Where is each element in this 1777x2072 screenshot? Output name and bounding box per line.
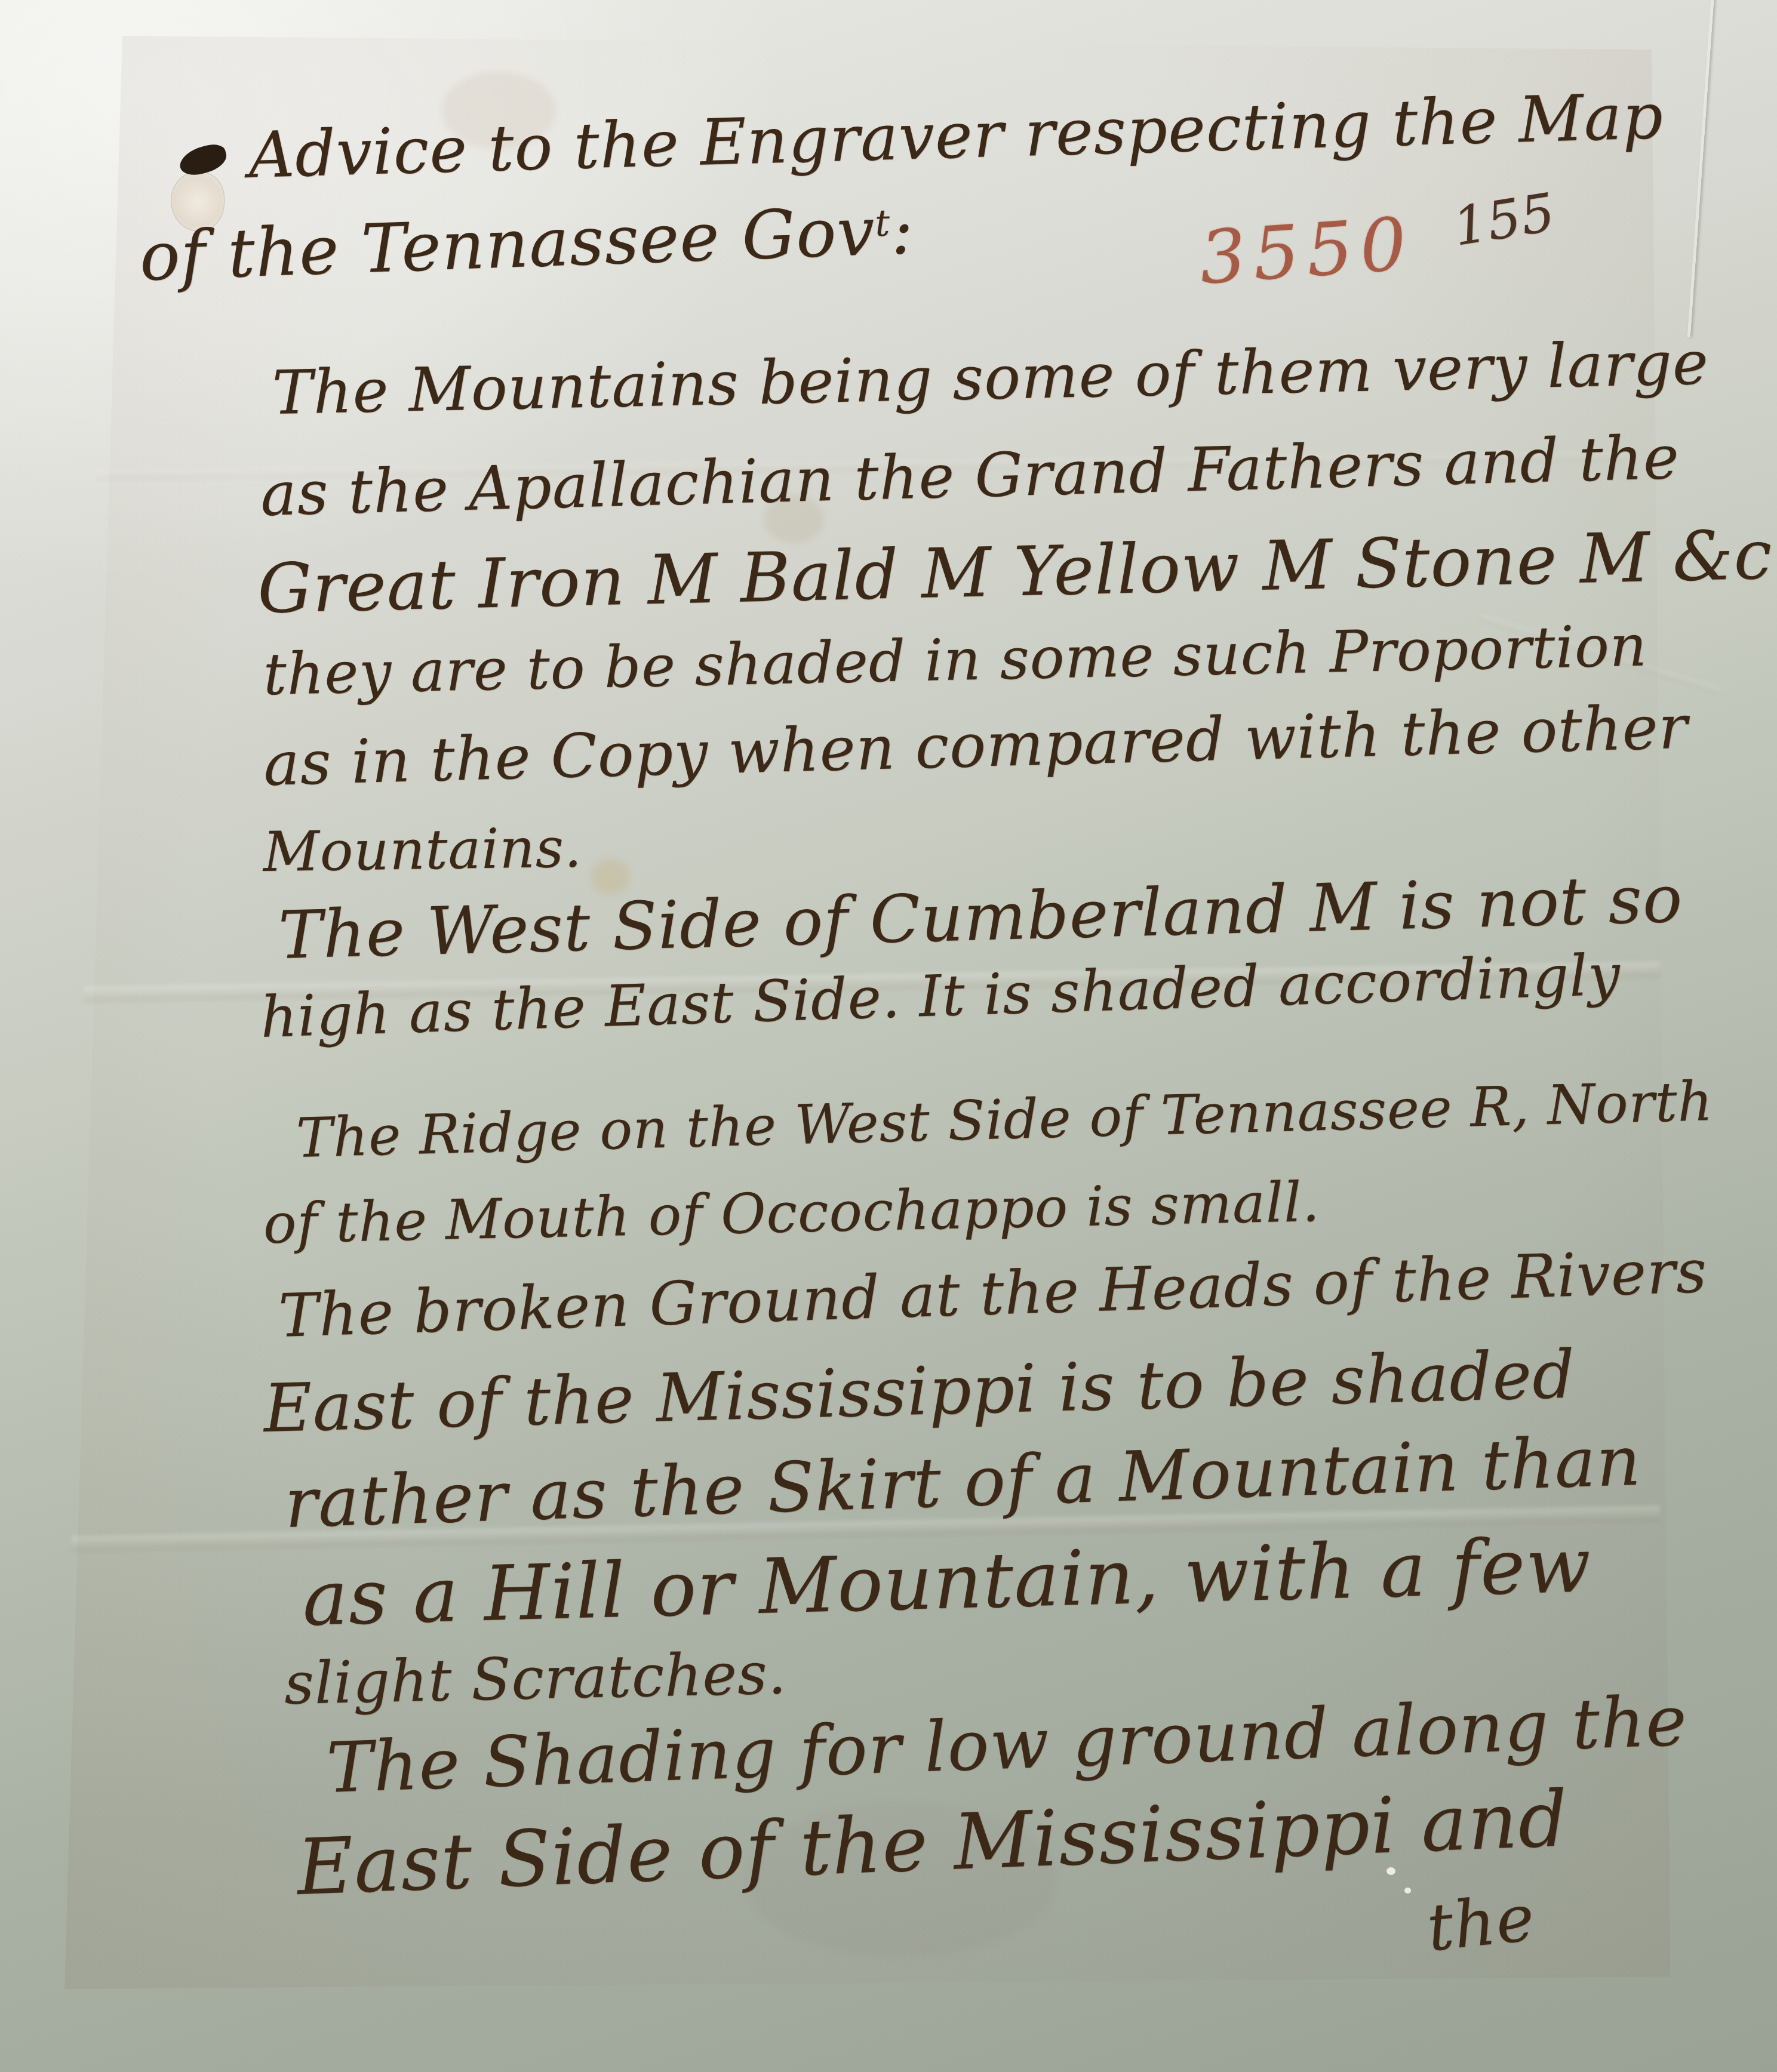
- catchword: the: [1424, 1886, 1538, 1961]
- manuscript-line: Mountains.: [263, 821, 582, 880]
- heading-superscript: t: [874, 201, 891, 245]
- heading-colon: :: [889, 192, 915, 270]
- page-number: 155: [1450, 186, 1558, 254]
- manuscript-line: slight Scratches.: [284, 1644, 787, 1713]
- photo-background: Advice to the Engraver respecting the Ma…: [0, 0, 1777, 2072]
- catalog-number: 3550: [1197, 207, 1416, 295]
